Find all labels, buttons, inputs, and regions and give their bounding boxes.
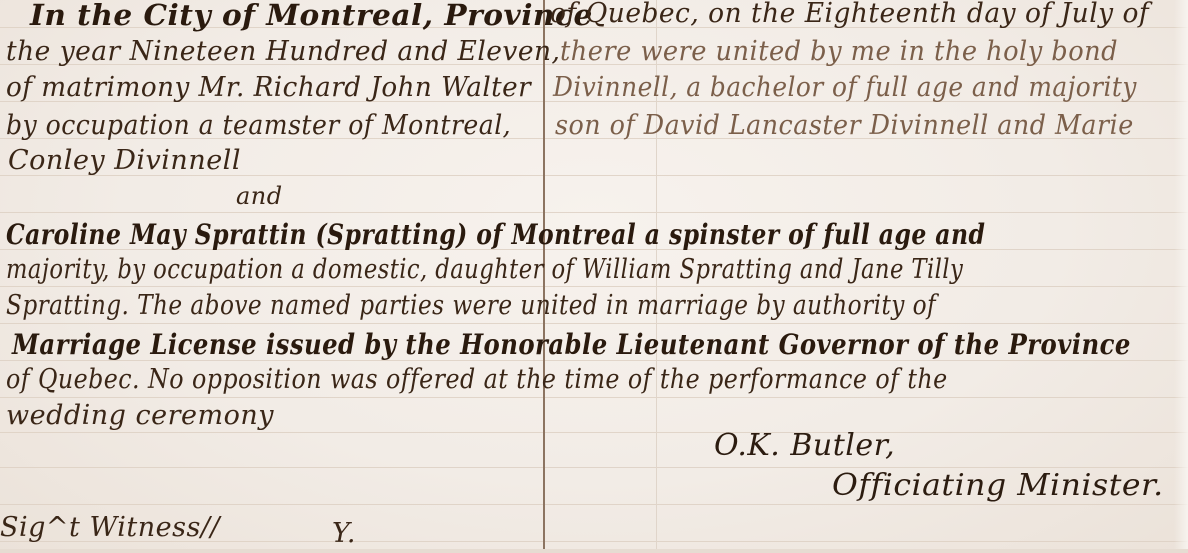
left-line-1: In the City of Montreal, Province	[30, 0, 593, 32]
register-page: In the City of Montreal, Province the ye…	[0, 0, 1188, 553]
page-bottom-edge	[0, 549, 1188, 553]
bride-line-5: of Quebec. No opposition was offered at …	[6, 364, 948, 395]
bride-line-4: Marriage License issued by the Honorable…	[12, 328, 1131, 361]
bride-line-3: Spratting. The above named parties were …	[6, 290, 936, 321]
ruling-line	[0, 504, 1188, 505]
right-line-3: Divinnell, a bachelor of full age and ma…	[553, 72, 1137, 103]
left-line-2: the year Nineteen Hundred and Eleven,	[6, 36, 560, 67]
left-line-4: by occupation a teamster of Montreal,	[6, 110, 511, 141]
bride-line-2: majority, by occupation a domestic, daug…	[6, 254, 963, 285]
connector-and: and	[236, 182, 283, 210]
left-line-5: Conley Divinnell	[8, 145, 241, 176]
officiant-title: Officiating Minister.	[832, 468, 1164, 503]
ruling-line	[0, 397, 1188, 398]
ruling-line	[0, 323, 1188, 324]
right-line-1: of Quebec, on the Eighteenth day of July…	[550, 0, 1149, 29]
bride-line-6: wedding ceremony	[6, 400, 274, 431]
page-edge-fade	[1174, 0, 1188, 553]
ruling-line	[0, 212, 1188, 213]
bride-line-1: Caroline May Sprattin (Spratting) of Mon…	[6, 218, 985, 251]
left-line-3: of matrimony Mr. Richard John Walter	[6, 72, 531, 103]
right-line-4: son of David Lancaster Divinnell and Mar…	[555, 110, 1134, 141]
witness-partial-mark: Y.	[332, 518, 356, 549]
right-line-2: there were united by me in the holy bond	[560, 36, 1118, 67]
witness-label: Sig^t Witness//	[0, 512, 220, 543]
ruling-line	[0, 432, 1188, 433]
officiant-signature: O.K. Butler,	[714, 428, 895, 463]
ruling-line	[0, 286, 1188, 287]
